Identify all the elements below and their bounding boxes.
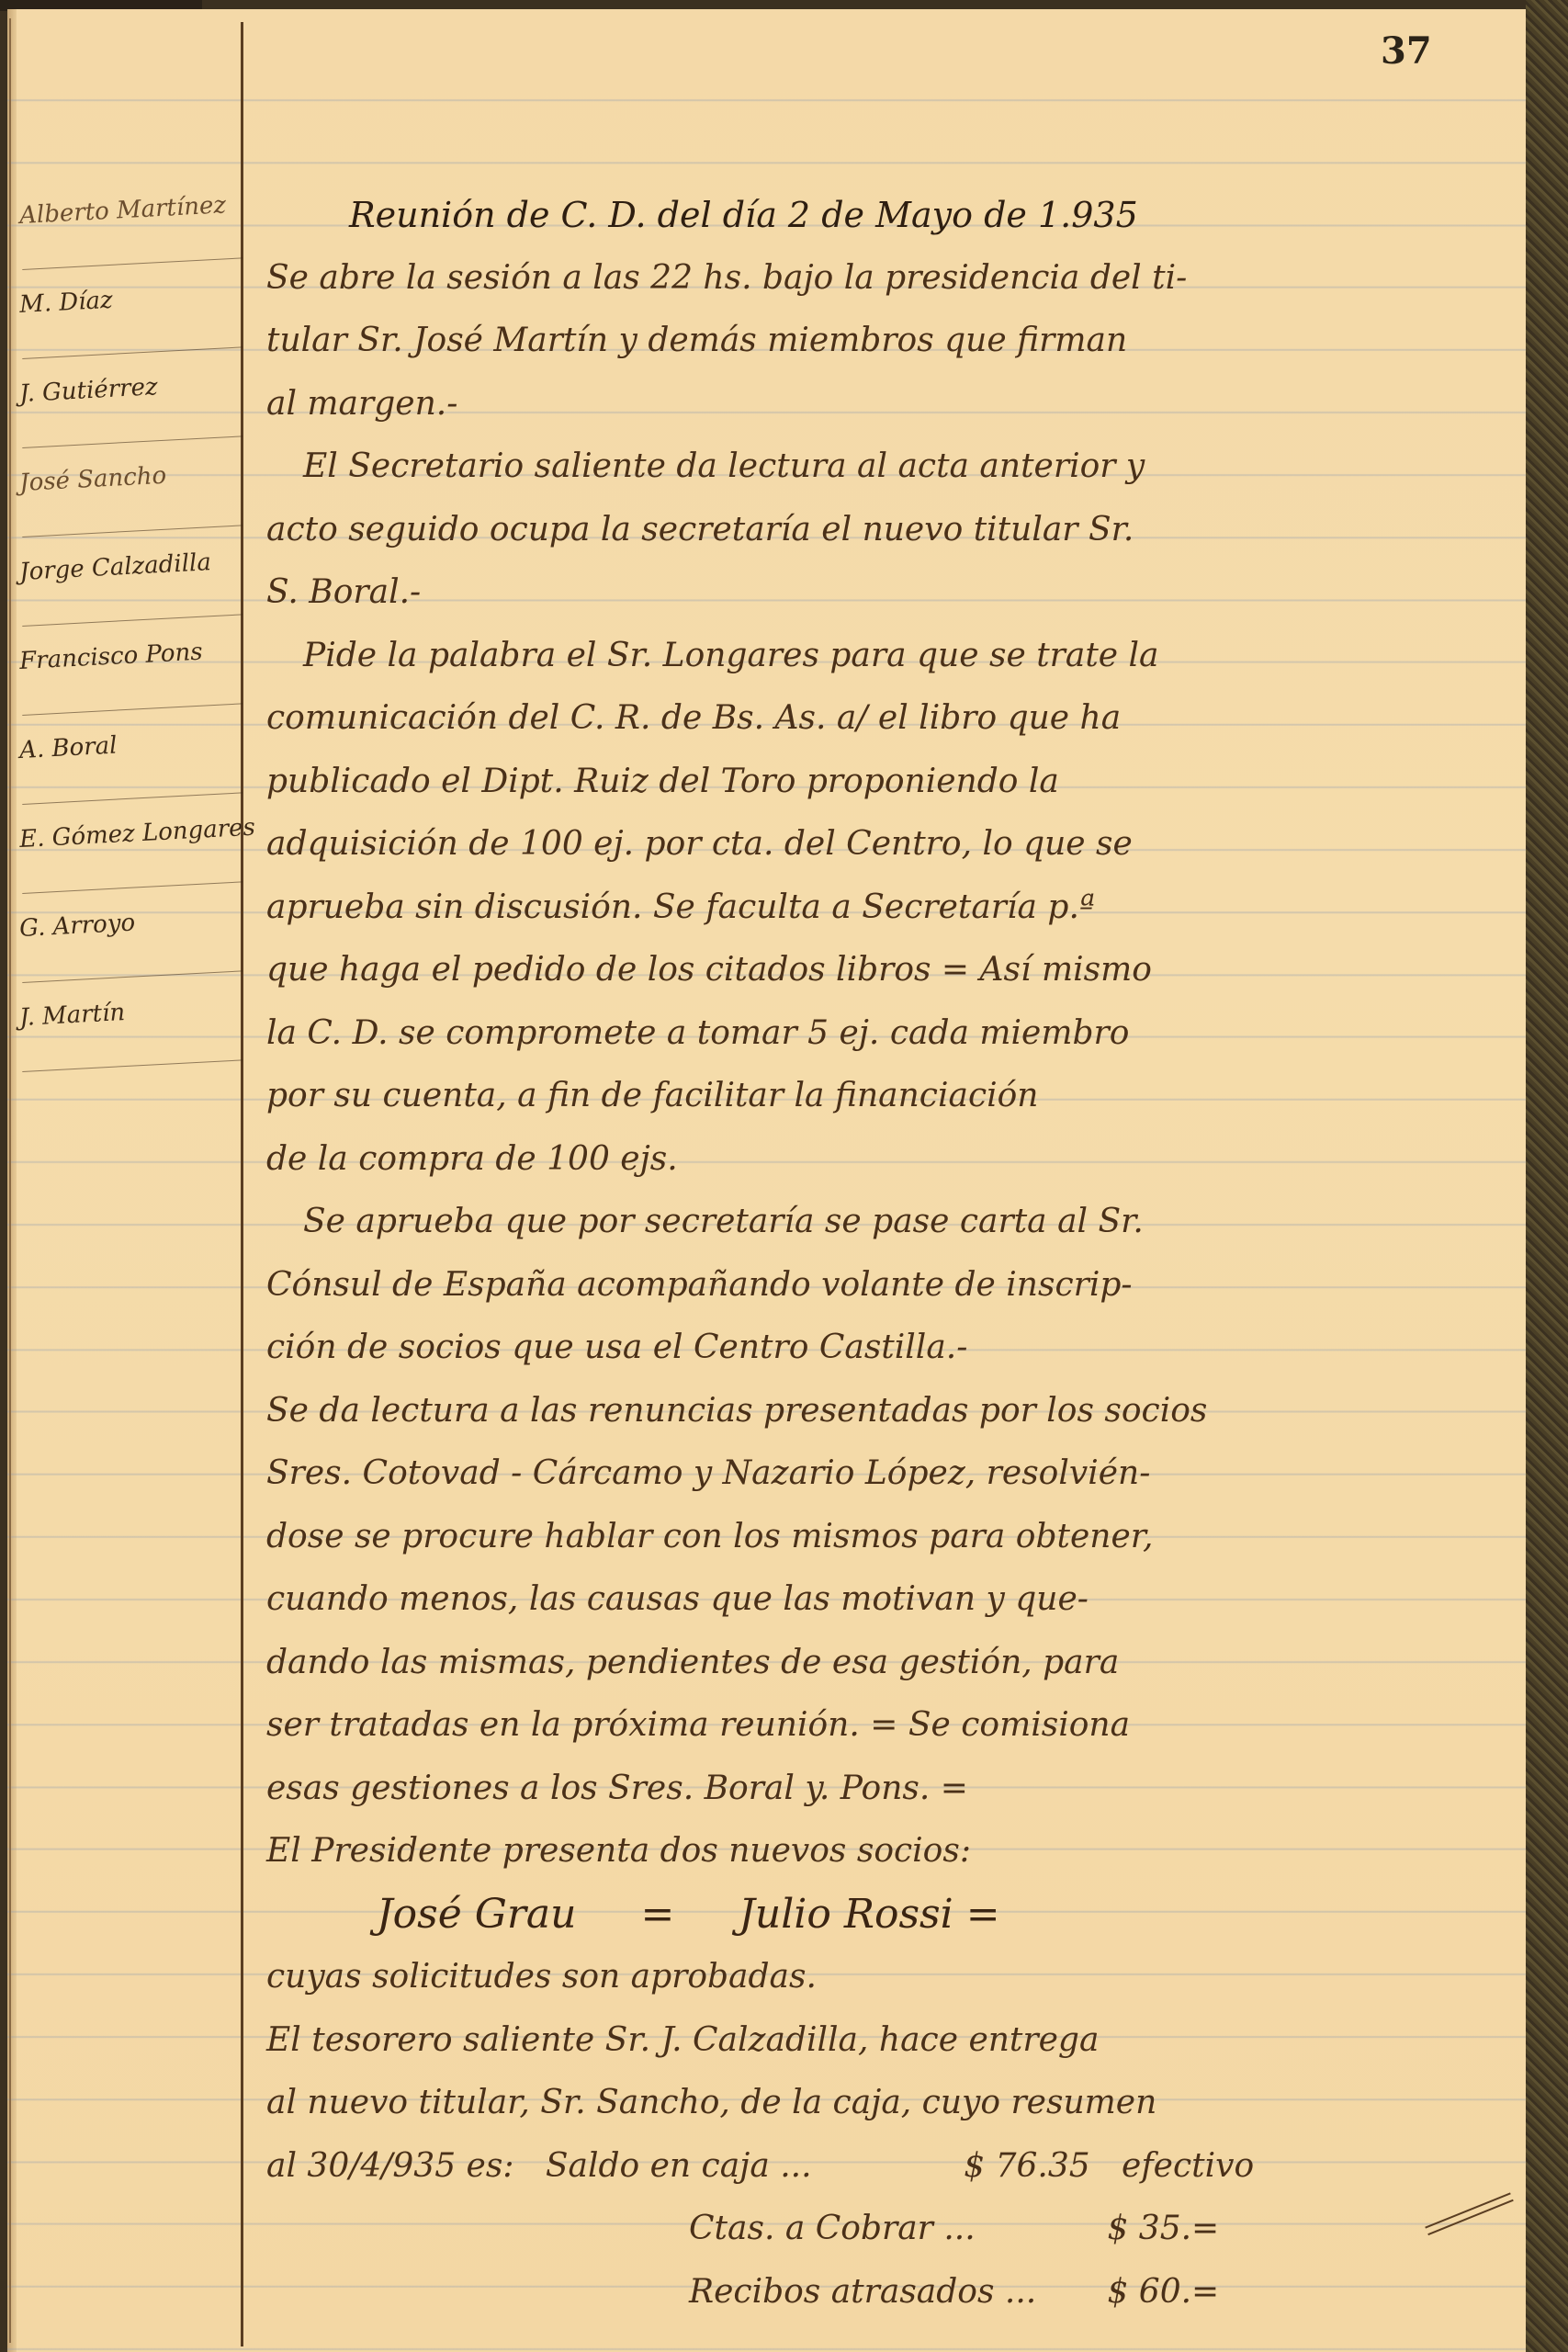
separator: = xyxy=(640,1891,674,1938)
margin-rule xyxy=(241,22,243,2346)
separator: = xyxy=(966,1891,1000,1938)
minutes-line: aprueba sin discusión. Se faculta a Secr… xyxy=(266,876,1516,940)
minutes-line: publicado el Dipt. Ruiz del Toro proponi… xyxy=(266,751,1516,814)
minutes-line: ción de socios que usa el Centro Castill… xyxy=(266,1317,1516,1380)
cash-label: Saldo en caja ... xyxy=(546,2135,931,2199)
minutes-line: que haga el pedido de los citados libros… xyxy=(266,939,1516,1002)
new-member-name: Julio Rossi xyxy=(739,1891,953,1938)
cash-summary-row: al 30/4/935 es: Saldo en caja ... $ 76.3… xyxy=(266,2135,1516,2199)
minutes-line: comunicación del C. R. de Bs. As. a/ el … xyxy=(266,687,1516,751)
signature: Jorge Calzadilla xyxy=(18,534,243,627)
minutes-line: Cónsul de España acompañando volante de … xyxy=(266,1254,1516,1317)
minutes-line: esas gestiones a los Sres. Boral y. Pons… xyxy=(266,1758,1516,1821)
cash-amount: $ 60.= xyxy=(1107,2261,1219,2324)
signature: José Sancho xyxy=(18,445,243,537)
signature: Francisco Pons xyxy=(18,623,243,716)
ledger-page: 37 Alberto Martínez M. Díaz J. Gutiérrez… xyxy=(7,9,1526,2352)
minutes-line: Se aprueba que por secretaría se pase ca… xyxy=(266,1191,1516,1254)
minutes-line: dose se procure hablar con los mismos pa… xyxy=(266,1506,1516,1569)
minutes-line: cuando menos, las causas que las motivan… xyxy=(266,1568,1516,1632)
new-member-name: José Grau xyxy=(377,1891,577,1938)
minutes-line: por su cuenta, a fin de facilitar la fin… xyxy=(266,1065,1516,1128)
signature: E. Gómez Longares xyxy=(18,801,243,894)
minutes-line: al margen.- xyxy=(266,373,1516,436)
cash-label: Recibos atrasados ... xyxy=(689,2261,1075,2324)
minutes-body: Reunión de C. D. del día 2 de Mayo de 1.… xyxy=(266,184,1516,2324)
signature: Alberto Martínez xyxy=(18,177,243,270)
minutes-title: Reunión de C. D. del día 2 de Mayo de 1.… xyxy=(266,184,1516,247)
summary-date-label: al 30/4/935 es: xyxy=(266,2147,513,2185)
cash-label: Ctas. a Cobrar ... xyxy=(689,2198,1075,2261)
new-members-line: José Grau = Julio Rossi = xyxy=(266,1883,1516,1947)
book-binding-cloth xyxy=(1526,0,1568,2352)
minutes-line: adquisición de 100 ej. por cta. del Cent… xyxy=(266,813,1516,876)
minutes-line: S. Boral.- xyxy=(266,561,1516,625)
minutes-line: tular Sr. José Martín y demás miembros q… xyxy=(266,310,1516,373)
signature: G. Arroyo xyxy=(18,890,243,983)
minutes-line: cuyas solicitudes son aprobadas. xyxy=(266,1946,1516,2009)
minutes-line: El tesorero saliente Sr. J. Calzadilla, … xyxy=(266,2009,1516,2073)
cash-note: efectivo xyxy=(1122,2147,1254,2185)
minutes-line: acto seguido ocupa la secretaría el nuev… xyxy=(266,499,1516,562)
minutes-line: Sres. Cotovad - Cárcamo y Nazario López,… xyxy=(266,1442,1516,1506)
minutes-line: de la compra de 100 ejs. xyxy=(266,1128,1516,1192)
margin-signatures: Alberto Martínez M. Díaz J. Gutiérrez Jo… xyxy=(20,188,241,1080)
minutes-line: El Secretario saliente da lectura al act… xyxy=(266,435,1516,499)
cash-amount: $ 35.= xyxy=(1107,2198,1219,2261)
minutes-line: Se abre la sesión a las 22 hs. bajo la p… xyxy=(266,247,1516,311)
minutes-line: Pide la palabra el Sr. Longares para que… xyxy=(266,625,1516,688)
minutes-line: la C. D. se compromete a tomar 5 ej. cad… xyxy=(266,1002,1516,1066)
signature: J. Martín xyxy=(18,979,243,1072)
minutes-line: ser tratadas en la próxima reunión. = Se… xyxy=(266,1694,1516,1758)
minutes-line: Se da lectura a las renuncias presentada… xyxy=(266,1380,1516,1443)
minutes-line: dando las mismas, pendientes de esa gest… xyxy=(266,1632,1516,1695)
left-edge-rule xyxy=(9,18,11,2343)
page-number: 37 xyxy=(1381,29,1432,73)
signature: A. Boral xyxy=(18,712,243,805)
minutes-line: al nuevo titular, Sr. Sancho, de la caja… xyxy=(266,2072,1516,2135)
cash-summary-row: Recibos atrasados ... $ 60.= xyxy=(266,2261,1516,2324)
signature: J. Gutiérrez xyxy=(18,356,243,448)
cash-amount: $ 76.35 xyxy=(964,2135,1089,2199)
minutes-line: El Presidente presenta dos nuevos socios… xyxy=(266,1820,1516,1883)
signature: M. Díaz xyxy=(18,266,243,359)
cash-summary-row: Ctas. a Cobrar ... $ 35.= xyxy=(266,2198,1516,2261)
